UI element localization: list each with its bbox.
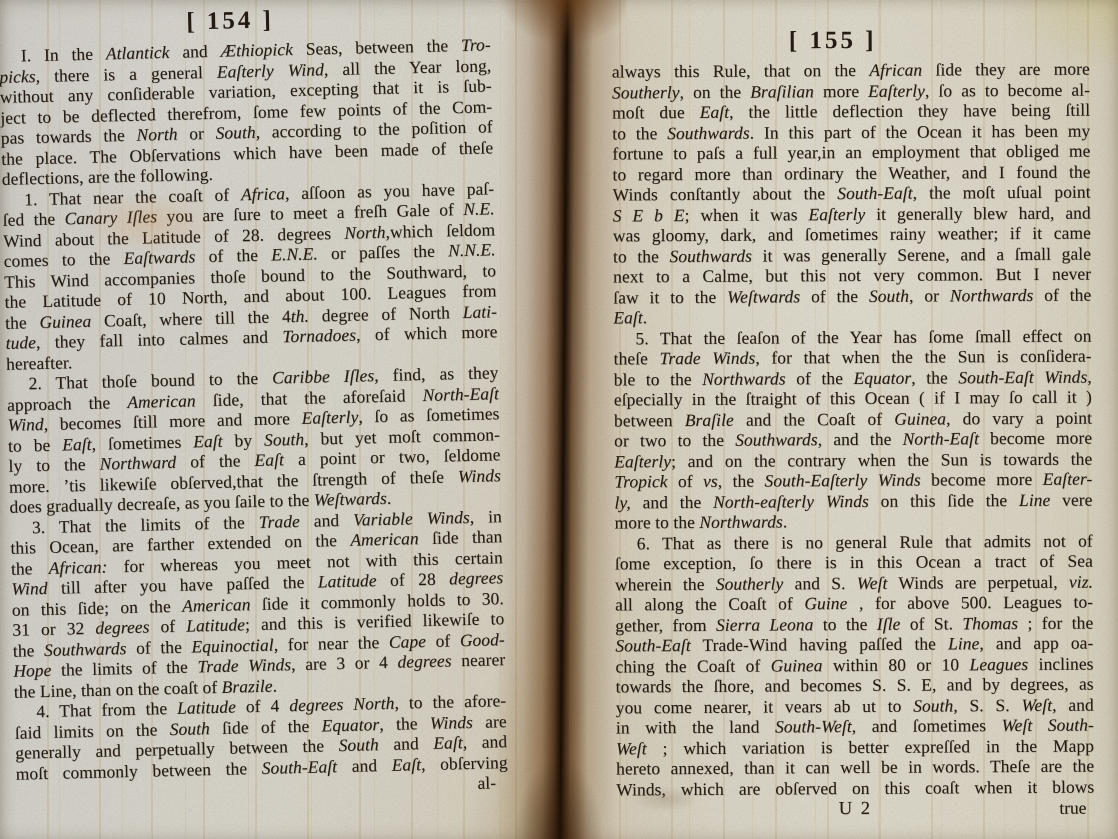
- page-number-left-label: [ 154 ]: [186, 6, 274, 35]
- text-line: to the Southwards it was generally Seren…: [613, 243, 1091, 266]
- text-line: Winds conſtantly about the South-Eaſt, t…: [613, 182, 1091, 205]
- page-154: [ 154 ] I. In the Atlantick and Æthiopic…: [0, 0, 562, 839]
- text-line: in with the land South-Weſt, and ſometim…: [616, 715, 1094, 738]
- text-line: 6. That as there is no general Rule that…: [615, 530, 1093, 553]
- text-line: ble to the Northwards of the Equator, th…: [614, 366, 1092, 389]
- text-line: all along the Coaſt of Guine , for above…: [615, 592, 1093, 615]
- text-line: towards the ſhore, and becomes S. S. E, …: [616, 674, 1094, 697]
- text-line: S E b E; when it was Eaſterly it general…: [613, 202, 1091, 225]
- text-line: moſt due Eaſt, the little deflection the…: [612, 100, 1090, 123]
- text-line: or two to the Southwards, and the North-…: [614, 428, 1092, 451]
- signature-line: U 2 true: [616, 797, 1094, 822]
- text-line: Weſt ; which variation is better expreſſ…: [616, 735, 1094, 758]
- text-line: gether, from Sierra Leona to the Iſle of…: [615, 612, 1093, 635]
- text-line: Winds, which are obſerved on this coaſt …: [616, 776, 1094, 799]
- text-line: more to the Northwards.: [615, 510, 1093, 533]
- text-line: ly, and the North-eaſterly Winds on this…: [614, 489, 1092, 512]
- text-line: 5. That the ſeaſon of the Year has ſome …: [613, 325, 1091, 348]
- book-spread: [ 154 ] I. In the Atlantick and Æthiopic…: [0, 0, 1118, 839]
- text-line: between Braſile and the Coaſt of Guinea,…: [614, 407, 1092, 430]
- text-line: theſe Trade Winds, for that when the the…: [614, 346, 1092, 369]
- page-number-right: [ 155 ]: [594, 23, 1072, 62]
- text-line: to regard more than ordinary the Weather…: [612, 161, 1090, 184]
- text-line: Tropick of vs, the South-Eaſterly Winds …: [614, 469, 1092, 492]
- text-line: ſome exception, ſo there is in this Ocea…: [615, 551, 1093, 574]
- page-154-text-block: [ 154 ] I. In the Atlantick and Æthiopic…: [0, 0, 508, 804]
- signature-mark: U 2: [839, 798, 872, 820]
- text-line: you come nearer, it vears ab ut to South…: [616, 694, 1094, 717]
- text-line: hereto annexed, than it can well be in w…: [616, 756, 1094, 779]
- text-line: fortune to paſs a full year,in an employ…: [612, 141, 1090, 164]
- text-line: ching the Coaſt of Guinea within 80 or 1…: [615, 653, 1093, 676]
- text-line: South-Eaſt Trade-Wind having paſſed the …: [615, 633, 1093, 656]
- text-line: always this Rule, that on the African ſi…: [612, 59, 1090, 82]
- page-155-lines: always this Rule, that on the African ſi…: [612, 59, 1094, 800]
- catchword-left: al-: [477, 772, 496, 792]
- page-155-text-block: [ 155 ] always this Rule, that on the Af…: [612, 19, 1095, 822]
- page-154-lines: I. In the Atlantick and Æthiopick Seas, …: [0, 34, 508, 783]
- text-line: to the Southwards. In this part of the O…: [612, 120, 1090, 143]
- text-line: eſpecially in the ſtraight of this Ocean…: [614, 387, 1092, 410]
- text-line: wherein the Southerly and S. Weſt Winds …: [615, 571, 1093, 594]
- text-line: next to a Calme, but this not very commo…: [613, 264, 1091, 287]
- text-line: Southerly, on the Braſilian more Eaſterl…: [612, 79, 1090, 102]
- page-155: [ 155 ] always this Rule, that on the Af…: [562, 0, 1118, 839]
- text-line: was gloomy, dark, and ſometimes rainy we…: [613, 223, 1091, 246]
- page-number-right-label: [ 155 ]: [789, 27, 877, 55]
- text-line: Eaſt.: [613, 305, 1091, 328]
- catchword-right: true: [1059, 797, 1086, 819]
- text-line: ſaw it to the Weſtwards of the South, or…: [613, 284, 1091, 307]
- text-line: Eaſterly; and on the contrary when the S…: [614, 448, 1092, 471]
